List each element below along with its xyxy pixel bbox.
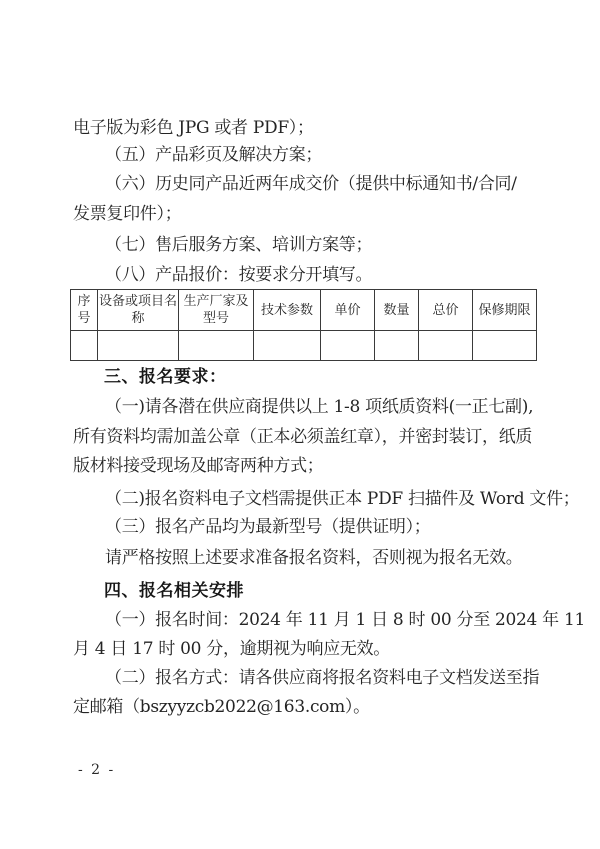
body-line: （八）产品报价：按要求分开填写。 <box>105 261 372 289</box>
body-line: （五）产品彩页及解决方案； <box>105 141 322 169</box>
section3-heading: 三、报名要求： <box>104 363 227 391</box>
body-line: 定邮箱（bszyyzcb2022@163.com）。 <box>73 693 370 721</box>
table-header-cell: 保修期限 <box>473 290 537 331</box>
table-header-cell: 总价 <box>419 290 473 331</box>
body-line: 电子版为彩色 JPG 或者 PDF）； <box>73 114 314 142</box>
table-cell <box>71 331 98 361</box>
table-cell <box>98 331 179 361</box>
page-number: - 2 - <box>78 762 115 778</box>
body-line: 版材料接受现场及邮寄两种方式； <box>73 452 324 480</box>
body-line: （一）报名时间：2024 年 11 月 1 日 8 时 00 分至 2024 年… <box>105 606 585 634</box>
table-cell <box>254 331 321 361</box>
table-header-row: 序号 设备或项目名称 生产厂家及型号 技术参数 单价 数量 总价 保修期限 <box>71 290 537 331</box>
body-line: （七）售后服务方案、培训方案等； <box>105 231 372 259</box>
table-header-cell: 数量 <box>375 290 419 331</box>
table-cell <box>321 331 375 361</box>
body-line: （六）历史同产品近两年成交价（提供中标通知书/合同/ <box>105 170 517 198</box>
table-header-cell: 单价 <box>321 290 375 331</box>
body-line: 月 4 日 17 时 00 分，逾期视为响应无效。 <box>73 635 390 663</box>
body-line: 发票复印件）； <box>73 200 181 228</box>
table-cell <box>179 331 254 361</box>
table-cell <box>375 331 419 361</box>
table-header-cell: 生产厂家及型号 <box>179 290 254 331</box>
table-cell <box>473 331 537 361</box>
table-header-cell: 序号 <box>71 290 98 331</box>
table-header-cell: 设备或项目名称 <box>98 290 179 331</box>
section4-heading: 四、报名相关安排 <box>104 577 244 605</box>
body-line: （二)报名资料电子文档需提供正本 PDF 扫描件及 Word 文件； <box>105 485 579 513</box>
table-header-cell: 技术参数 <box>254 290 321 331</box>
table-row <box>71 331 537 361</box>
document-page: 电子版为彩色 JPG 或者 PDF）； （五）产品彩页及解决方案； （六）历史同… <box>0 0 600 849</box>
product-quote-table: 序号 设备或项目名称 生产厂家及型号 技术参数 单价 数量 总价 保修期限 <box>70 289 537 361</box>
body-line: （三）报名产品均为最新型号（提供证明）； <box>105 513 431 541</box>
body-line: （二）报名方式：请各供应商将报名资料电子文档发送至指 <box>105 664 539 692</box>
body-line: （一)请各潜在供应商提供以上 1-8 项纸质资料(一正七副), <box>105 393 533 421</box>
body-line: 请严格按照上述要求准备报名资料，否则视为报名无效。 <box>105 544 523 572</box>
table-cell <box>419 331 473 361</box>
body-line: 所有资料均需加盖公章（正本必须盖红章），并密封装订，纸质 <box>73 423 532 451</box>
